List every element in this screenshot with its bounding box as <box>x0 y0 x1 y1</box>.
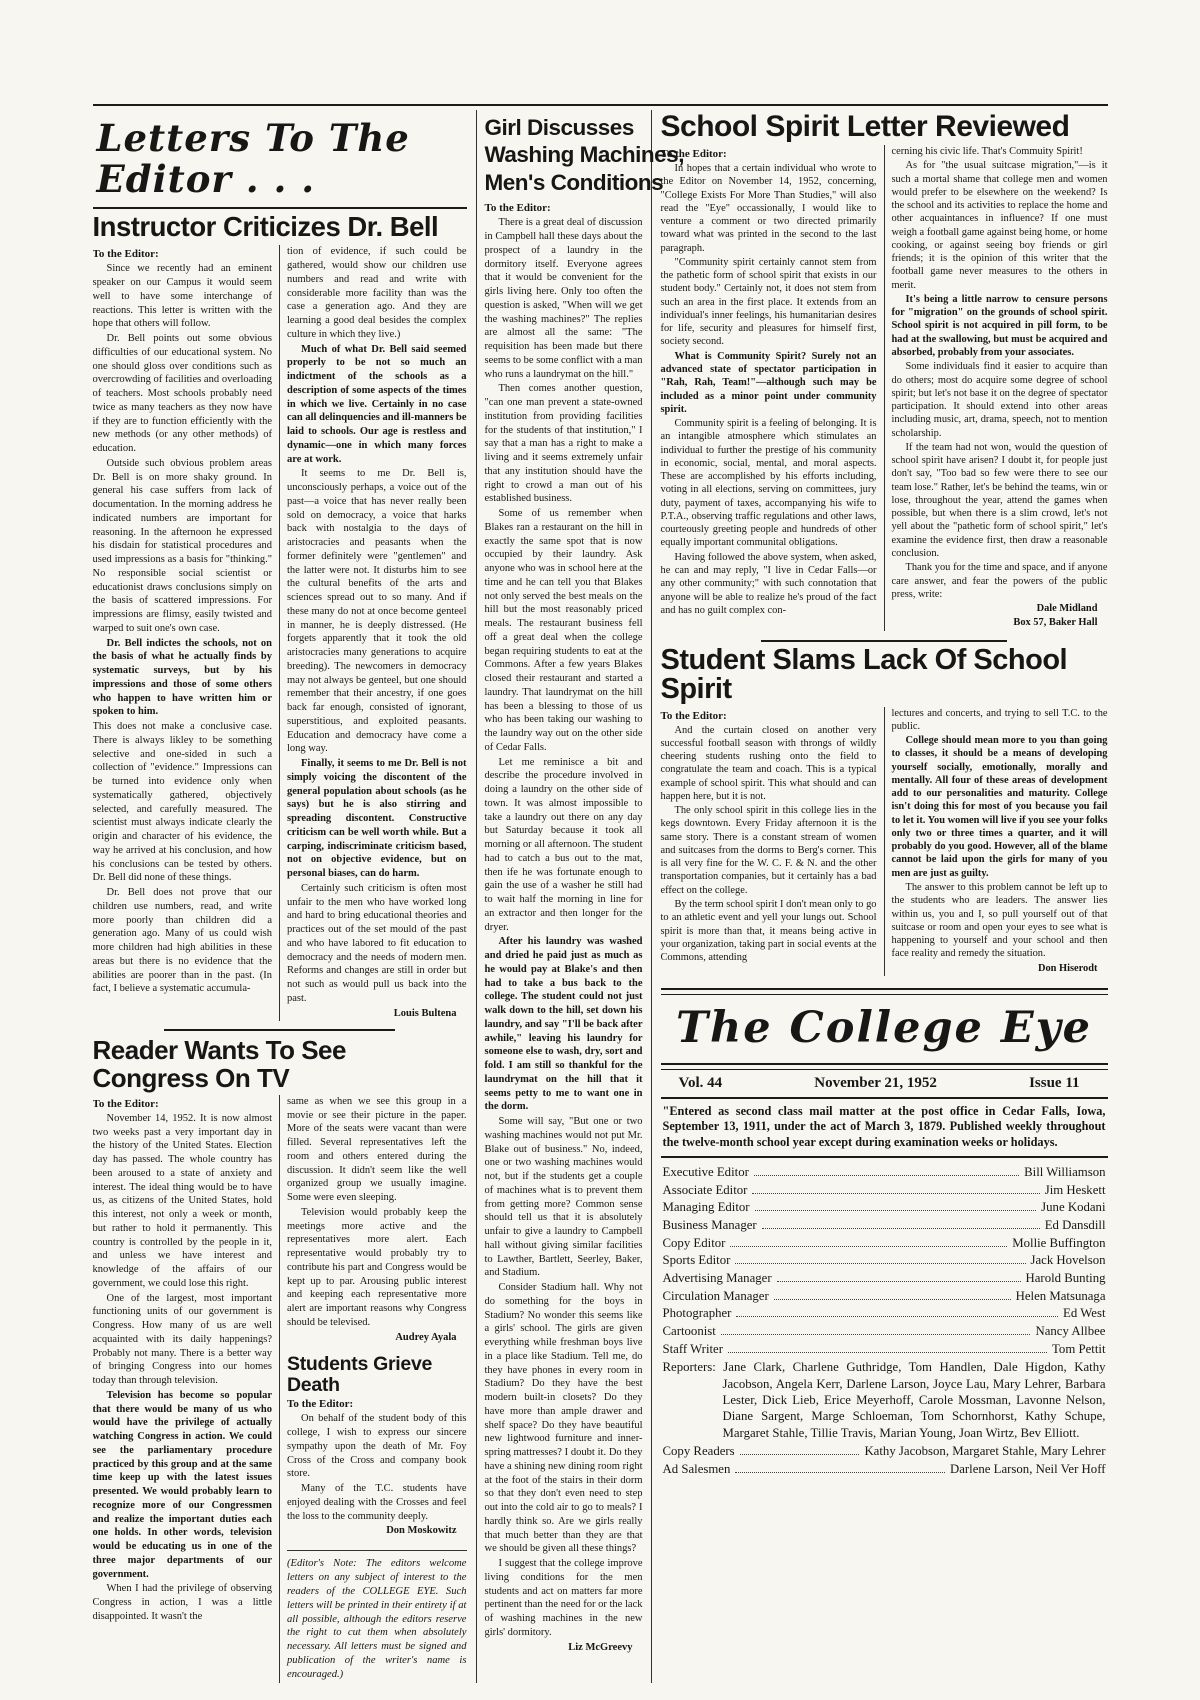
paragraph: "Community spirit certainly cannot stem … <box>661 256 877 349</box>
dot-leader <box>730 1246 1007 1247</box>
paragraph: cerning his civic life. That's Commuity … <box>892 145 1108 158</box>
staff-name: Ed Dansdill <box>1045 1218 1106 1232</box>
paragraph: What is Community Spirit? Surely not an … <box>661 350 877 416</box>
signature: Dale Midland <box>892 602 1108 615</box>
paragraph: The only school spirit in this college l… <box>661 804 877 897</box>
reporters-list: Reporters: Jane Clark, Charlene Guthridg… <box>723 1359 1106 1441</box>
paragraph: Dr. Bell indictes the schools, not on th… <box>93 637 273 720</box>
staff-name: Harold Bunting <box>1026 1271 1106 1285</box>
editors-note: (Editor's Note: The editors welcome lett… <box>287 1550 467 1682</box>
paragraph: Television has become so popular that th… <box>93 1389 273 1582</box>
dot-leader <box>755 1210 1037 1211</box>
page-grid: Letters To The Editor . . . Instructor C… <box>93 110 1108 1683</box>
staff-role: Sports Editor <box>663 1253 731 1267</box>
signature: Box 57, Baker Hall <box>892 616 1108 629</box>
dot-leader <box>754 1175 1019 1176</box>
section-divider <box>761 640 1007 642</box>
staff-role: Executive Editor <box>663 1165 749 1179</box>
dot-leader <box>752 1193 1039 1194</box>
signature: Liz McGreevy <box>485 1641 643 1655</box>
paragraph: In hopes that a certain individual who w… <box>661 162 877 255</box>
staff-row: Business ManagerEd Dansdill <box>663 1218 1106 1232</box>
paragraph: There is a great deal of discussion in C… <box>485 216 643 381</box>
slams-headline: Student Slams Lack Of School Spirit <box>661 646 1108 704</box>
girl-headline-line1: Girl Discusses <box>485 114 643 141</box>
slams-col2-text: lectures and concerts, and trying to sel… <box>892 707 1108 975</box>
salutation: To the Editor: <box>661 148 877 160</box>
salutation: To the Editor: <box>93 1098 273 1110</box>
staff-role: Ad Salesmen <box>663 1462 731 1476</box>
letters-section: Letters To The Editor . . . Instructor C… <box>93 110 476 1683</box>
paragraph: As for "the usual suitcase migration,"—i… <box>892 159 1108 292</box>
school-spirit-headline: School Spirit Letter Reviewed <box>661 112 1108 142</box>
volume-number: Vol. 44 <box>679 1075 723 1092</box>
slams-column-1: To the Editor: And the curtain closed on… <box>661 707 884 976</box>
paragraph: Television would probably keep the meeti… <box>287 1206 467 1330</box>
paragraph: lectures and concerts, and trying to sel… <box>892 707 1108 734</box>
newspaper-scan: { "letters_header": "Letters To The Edit… <box>0 0 1200 1700</box>
second-class-mail-notice: "Entered as second class mail matter at … <box>661 1099 1108 1158</box>
staff-row: Advertising ManagerHarold Bunting <box>663 1271 1106 1285</box>
article-instructor-criticizes-dr-bell: Instructor Criticizes Dr. Bell To the Ed… <box>93 213 467 1021</box>
paragraph: By the term school spirit I don't mean o… <box>661 898 877 964</box>
instructor-headline: Instructor Criticizes Dr. Bell <box>93 213 467 242</box>
dot-leader <box>721 1334 1031 1335</box>
top-rule <box>93 104 1108 106</box>
salutation: To the Editor: <box>93 248 273 260</box>
article-students-grieve-death: Students Grieve Death To the Editor: On … <box>287 1354 467 1538</box>
newspaper-title: The College Eye <box>661 995 1108 1063</box>
dot-leader <box>774 1299 1011 1300</box>
paragraph: When I had the privilege of observing Co… <box>93 1582 273 1623</box>
paragraph: Finally, it seems to me Dr. Bell is not … <box>287 757 467 881</box>
staff-role: Copy Readers <box>663 1444 735 1458</box>
staff-row: Managing EditorJune Kodani <box>663 1200 1106 1214</box>
paragraph: Since we recently had an eminent speaker… <box>93 262 273 331</box>
staff-name: Darlene Larson, Neil Ver Hoff <box>950 1462 1106 1476</box>
signature: Louis Bultena <box>287 1007 467 1021</box>
signature: Don Moskowitz <box>287 1524 467 1538</box>
staff-role: Copy Editor <box>663 1236 726 1250</box>
staff-row: Circulation ManagerHelen Matsunaga <box>663 1289 1106 1303</box>
staff-name: Mollie Buffington <box>1012 1236 1105 1250</box>
paragraph: Some individuals find it easier to acqui… <box>892 360 1108 440</box>
congress-col1-text: November 14, 1952. It is now almost two … <box>93 1112 273 1624</box>
girl-headline-line2: Washing Machines, <box>485 141 643 168</box>
staff-role: Staff Writer <box>663 1342 724 1356</box>
school-spirit-columns: To the Editor: In hopes that a certain i… <box>661 145 1108 631</box>
paragraph: On behalf of the student body of this co… <box>287 1412 467 1481</box>
staff-row: Sports EditorJack Hovelson <box>663 1253 1106 1267</box>
staff-name: Tom Pettit <box>1052 1342 1106 1356</box>
paragraph: Having followed the above system, when a… <box>661 551 877 617</box>
paragraph: Thank you for the time and space, and if… <box>892 561 1108 601</box>
instructor-col1-text: Since we recently had an eminent speaker… <box>93 262 273 996</box>
paragraph: (Editor's Note: The editors welcome lett… <box>287 1557 467 1682</box>
paragraph: Much of what Dr. Bell said seemed proper… <box>287 343 467 467</box>
staff-row: Associate EditorJim Heskett <box>663 1183 1106 1197</box>
slams-col1-text: And the curtain closed on another very s… <box>661 724 877 965</box>
grieve-text: On behalf of the student body of this co… <box>287 1412 467 1538</box>
paragraph: Consider Stadium hall. Why not do someth… <box>485 1281 643 1556</box>
congress-col2-text: same as when we see this group in a movi… <box>287 1095 467 1345</box>
girl-headline: Girl Discusses Washing Machines, Men's C… <box>485 114 643 196</box>
congress-columns: To the Editor: November 14, 1952. It is … <box>93 1095 467 1683</box>
staff-role: Advertising Manager <box>663 1271 772 1285</box>
paragraph: Community spirit is a feeling of belongi… <box>661 417 877 550</box>
instructor-col2-text: tion of evidence, if such could be gathe… <box>287 245 467 1020</box>
instructor-columns: To the Editor: Since we recently had an … <box>93 245 467 1021</box>
paragraph: The answer to this problem cannot be lef… <box>892 881 1108 961</box>
congress-column-2: same as when we see this group in a movi… <box>279 1095 467 1683</box>
staff-role: Cartoonist <box>663 1324 716 1338</box>
school-spirit-section: School Spirit Letter Reviewed To the Edi… <box>652 110 1108 1479</box>
salutation: To the Editor: <box>661 710 877 722</box>
double-rule <box>661 1063 1108 1070</box>
masthead: The College Eye Vol. 44 November 21, 195… <box>661 988 1108 1476</box>
school-spirit-col1-text: In hopes that a certain individual who w… <box>661 162 877 617</box>
paragraph: Some of us remember when Blakes ran a re… <box>485 507 643 755</box>
staff-row: CartoonistNancy Allbee <box>663 1324 1106 1338</box>
staff-role: Photographer <box>663 1306 732 1320</box>
newspaper-page: Letters To The Editor . . . Instructor C… <box>93 0 1108 1700</box>
staff-role: Business Manager <box>663 1218 757 1232</box>
paragraph: tion of evidence, if such could be gathe… <box>287 245 467 341</box>
paragraph: Let me reminisce a bit and describe the … <box>485 756 643 935</box>
paragraph: It seems to me Dr. Bell is, unconsciousl… <box>287 467 467 756</box>
staff-name: Helen Matsunaga <box>1016 1289 1106 1303</box>
staff-row: PhotographerEd West <box>663 1306 1106 1320</box>
issue-date: November 21, 1952 <box>814 1075 937 1092</box>
staff-role: Managing Editor <box>663 1200 750 1214</box>
dot-leader <box>736 1316 1058 1317</box>
dot-leader <box>740 1454 860 1455</box>
school-spirit-col2-text: cerning his civic life. That's Commuity … <box>892 145 1108 630</box>
issue-number: Issue 11 <box>1029 1075 1079 1092</box>
instructor-column-1: To the Editor: Since we recently had an … <box>93 245 280 1021</box>
paragraph: Dr. Bell does not prove that our childre… <box>93 886 273 996</box>
volume-row: Vol. 44 November 21, 1952 Issue 11 <box>661 1070 1108 1099</box>
paragraph: After his laundry was washed and dried h… <box>485 935 643 1114</box>
washing-machines-section: Girl Discusses Washing Machines, Men's C… <box>476 110 652 1683</box>
girl-headline-line3: Men's Conditions <box>485 169 643 196</box>
staff-role: Associate Editor <box>663 1183 748 1197</box>
paragraph: This does not make a conclusive case. Th… <box>93 720 273 885</box>
staff-extra-rows: Copy ReadersKathy Jacobson, Margaret Sta… <box>661 1444 1108 1476</box>
staff-list: Executive EditorBill WilliamsonAssociate… <box>661 1158 1108 1356</box>
paragraph: Certainly such criticism is often most u… <box>287 882 467 1006</box>
article-student-slams-school-spirit: Student Slams Lack Of School Spirit To t… <box>661 646 1108 976</box>
slams-column-2: lectures and concerts, and trying to sel… <box>884 707 1108 976</box>
congress-column-1: To the Editor: November 14, 1952. It is … <box>93 1095 280 1683</box>
article-school-spirit-reviewed: School Spirit Letter Reviewed To the Edi… <box>661 112 1108 631</box>
dot-leader <box>735 1472 945 1473</box>
staff-name: Nancy Allbee <box>1035 1324 1105 1338</box>
staff-name: Jim Heskett <box>1045 1183 1106 1197</box>
paragraph: same as when we see this group in a movi… <box>287 1095 467 1205</box>
congress-headline: Reader Wants To See Congress On TV <box>93 1037 467 1092</box>
staff-row: Ad SalesmenDarlene Larson, Neil Ver Hoff <box>663 1462 1106 1476</box>
paragraph: It's being a little narrow to censure pe… <box>892 293 1108 359</box>
paragraph: Then comes another question, "can one ma… <box>485 382 643 506</box>
school-spirit-column-1: To the Editor: In hopes that a certain i… <box>661 145 884 631</box>
paragraph: College should mean more to you than goi… <box>892 734 1108 880</box>
slams-columns: To the Editor: And the curtain closed on… <box>661 707 1108 976</box>
double-rule <box>661 988 1108 995</box>
dot-leader <box>777 1281 1021 1282</box>
staff-name: June Kodani <box>1041 1200 1105 1214</box>
paragraph: November 14, 1952. It is now almost two … <box>93 1112 273 1291</box>
staff-name: Kathy Jacobson, Margaret Stahle, Mary Le… <box>864 1444 1105 1458</box>
staff-name: Ed West <box>1063 1306 1105 1320</box>
staff-row: Copy ReadersKathy Jacobson, Margaret Sta… <box>663 1444 1106 1458</box>
girl-article-text: There is a great deal of discussion in C… <box>485 216 643 1654</box>
staff-role: Circulation Manager <box>663 1289 769 1303</box>
salutation: To the Editor: <box>485 202 643 214</box>
paragraph: And the curtain closed on another very s… <box>661 724 877 804</box>
grieve-headline: Students Grieve Death <box>287 1354 467 1395</box>
instructor-column-2: tion of evidence, if such could be gathe… <box>279 245 467 1021</box>
signature: Audrey Ayala <box>287 1331 467 1345</box>
article-congress-on-tv: Reader Wants To See Congress On TV To th… <box>93 1037 467 1683</box>
staff-row: Executive EditorBill Williamson <box>663 1165 1106 1179</box>
staff-row: Staff WriterTom Pettit <box>663 1342 1106 1356</box>
paragraph: Dr. Bell points out some obvious difficu… <box>93 332 273 456</box>
signature: Don Hiserodt <box>892 962 1108 975</box>
paragraph: If the team had not won, would the quest… <box>892 441 1108 560</box>
staff-row: Copy EditorMollie Buffington <box>663 1236 1106 1250</box>
letters-to-editor-script-header: Letters To The Editor . . . <box>93 110 467 205</box>
staff-name: Bill Williamson <box>1024 1165 1105 1179</box>
paragraph: Many of the T.C. students have enjoyed d… <box>287 1482 467 1523</box>
header-rule <box>93 207 467 209</box>
section-divider <box>164 1029 396 1031</box>
paragraph: Outside such obvious problem areas Dr. B… <box>93 457 273 636</box>
dot-leader <box>728 1352 1047 1353</box>
dot-leader <box>735 1263 1025 1264</box>
salutation: To the Editor: <box>287 1398 467 1410</box>
dot-leader <box>762 1228 1040 1229</box>
paragraph: Some will say, "But one or two washing m… <box>485 1115 643 1280</box>
paragraph: I suggest that the college improve livin… <box>485 1557 643 1640</box>
paragraph: One of the largest, most important funct… <box>93 1292 273 1388</box>
school-spirit-column-2: cerning his civic life. That's Commuity … <box>884 145 1108 631</box>
staff-name: Jack Hovelson <box>1031 1253 1106 1267</box>
